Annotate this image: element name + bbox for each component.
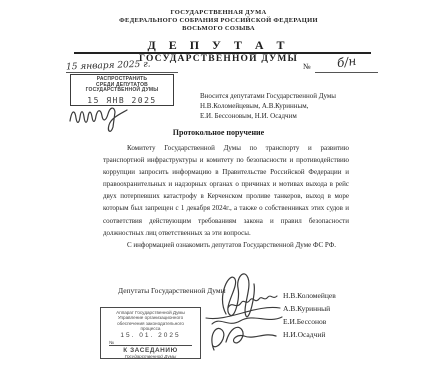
handwritten-date: 15 января 2025 г.	[66, 60, 151, 73]
document-body: Комитету Государственной Думы по транспо…	[103, 142, 349, 251]
signature-kolomeytsev	[222, 274, 254, 317]
body-paragraph-2: С информацией ознакомить депутатов Госуд…	[103, 239, 349, 251]
submitted-by-line1: Вносится депутатами Государственной Думы	[200, 92, 336, 102]
org-name-line3: ВОСЬМОГО СОЗЫВА	[0, 25, 437, 33]
deputy-title: Д Е П У Т А Т	[0, 38, 437, 53]
body-paragraph-1: Комитету Государственной Думы по транспо…	[103, 142, 349, 239]
date-field: 15 января 2025 г.	[66, 55, 178, 73]
number-label: №	[303, 62, 311, 71]
registration-stamp-date: 15. 01. 2025	[101, 332, 200, 339]
registration-stamp-number-field: №	[109, 340, 192, 346]
signature-osadchy	[212, 327, 276, 350]
registration-stamp: Аппарат Государственной Думы Управление …	[100, 307, 201, 359]
scanned-document-page: ГОСУДАРСТВЕННАЯ ДУМА ФЕДЕРАЛЬНОГО СОБРАН…	[0, 0, 437, 371]
number-field: б/н	[315, 53, 378, 73]
submitted-by-line2: Н.В.Коломейцевым, А.В.Куринным,	[200, 102, 336, 112]
signature-kurinny	[206, 296, 280, 319]
org-name-line2: ФЕДЕРАЛЬНОГО СОБРАНИЯ РОССИЙСКОЙ ФЕДЕРАЦ…	[0, 17, 437, 25]
deputies-signatures	[198, 266, 318, 358]
handwritten-number: б/н	[336, 54, 357, 71]
org-name-line1: ГОСУДАРСТВЕННАЯ ДУМА	[0, 9, 437, 17]
distribution-stamp-line3: ГОСУДАРСТВЕННОЙ ДУМЫ	[71, 88, 173, 94]
registration-stamp-line4: процесса	[101, 326, 200, 331]
submitted-by-block: Вносится депутатами Государственной Думы…	[200, 92, 336, 121]
document-title: Протокольное поручение	[0, 128, 437, 137]
registration-stamp-session-sub: Государственной Думы	[101, 354, 200, 359]
submitted-by-line3: Е.И. Бессоновым, Н.И. Осадчим	[200, 112, 336, 122]
